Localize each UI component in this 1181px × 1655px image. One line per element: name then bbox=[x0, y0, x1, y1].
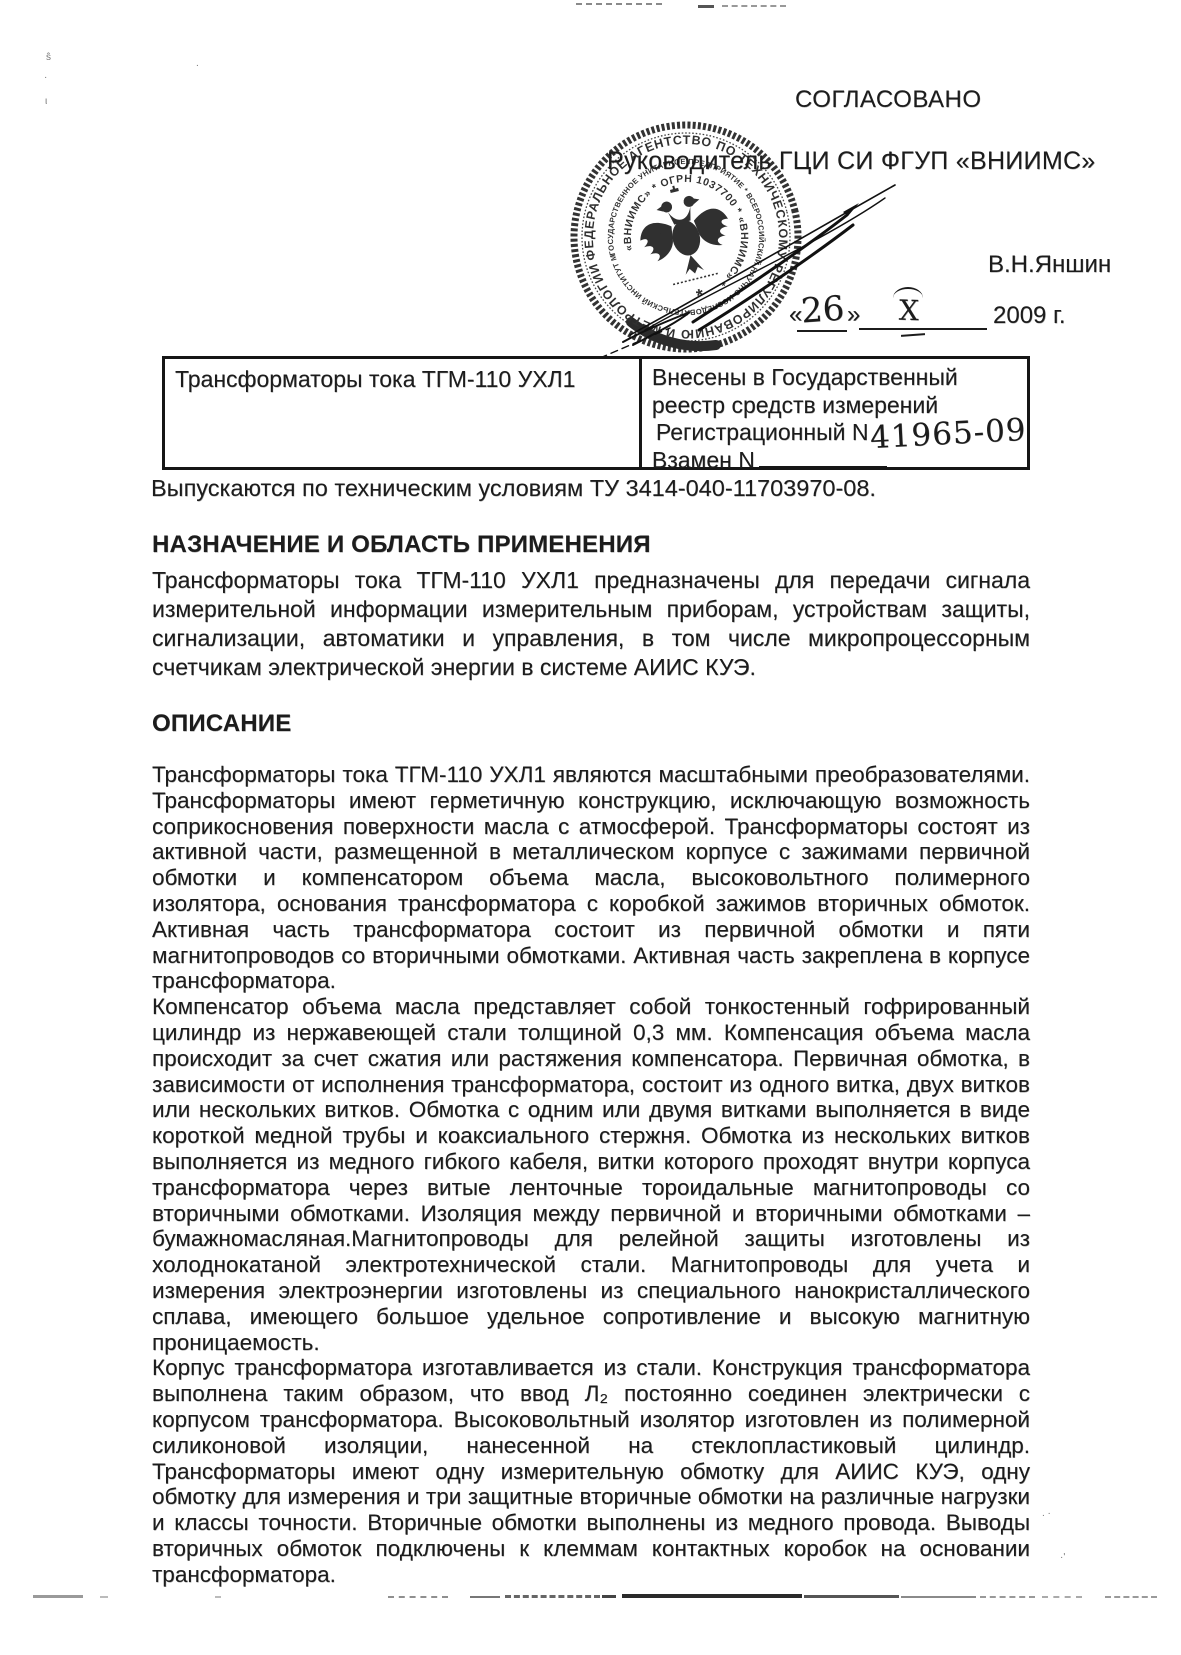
scan-artifact: ·' bbox=[1060, 1552, 1065, 1563]
date-month-underdash bbox=[901, 333, 925, 337]
scan-artifact bbox=[388, 1596, 448, 1598]
scan-artifact bbox=[1042, 1596, 1082, 1598]
scan-artifact bbox=[33, 1595, 83, 1598]
scan-artifact bbox=[622, 1594, 802, 1598]
scan-artifact bbox=[100, 1596, 108, 1598]
scan-artifact: ι bbox=[45, 96, 47, 107]
date-year: 2009 г. bbox=[993, 302, 1066, 330]
scan-artifact bbox=[1105, 1596, 1157, 1598]
scan-artifact: · bbox=[44, 72, 47, 83]
scan-artifact bbox=[804, 1595, 899, 1598]
registry-line-3: Регистрационный N41965-09 bbox=[652, 419, 1027, 447]
date-day-handwritten: 26 bbox=[800, 289, 846, 332]
section-description-body: Трансформаторы тока ТГМ-110 УХЛ1 являютс… bbox=[152, 762, 1030, 1588]
paragraph: Компенсатор объема масла представляет со… bbox=[152, 994, 1030, 1355]
date-month-handwritten: X bbox=[898, 294, 919, 328]
technical-conditions-line: Выпускаются по техническим условиям ТУ 3… bbox=[151, 475, 876, 502]
registry-cell: Внесены в Государственный реестр средств… bbox=[639, 359, 1027, 467]
scan-artifact bbox=[505, 1595, 600, 1598]
scan-artifact bbox=[980, 1596, 1035, 1598]
approver-name: В.Н.Яншин bbox=[988, 251, 1111, 279]
scan-artifact bbox=[722, 5, 786, 7]
date-month-underline bbox=[859, 328, 987, 330]
registration-label: Регистрационный N bbox=[656, 419, 869, 445]
paragraph: Трансформаторы тока ТГМ-110 УХЛ1 предназ… bbox=[152, 566, 1030, 682]
header-table: Трансформаторы тока ТГМ-110 УХЛ1 Внесены… bbox=[162, 356, 1030, 470]
approval-status: СОГЛАСОВАНО bbox=[795, 86, 982, 114]
section-heading-purpose: НАЗНАЧЕНИЕ И ОБЛАСТЬ ПРИМЕНЕНИЯ bbox=[152, 531, 651, 559]
approval-date: « 26 » X 2009 г. bbox=[789, 300, 1089, 345]
section-heading-description: ОПИСАНИЕ bbox=[152, 710, 291, 738]
replaces-label: Взамен N bbox=[652, 447, 755, 473]
device-name-cell: Трансформаторы тока ТГМ-110 УХЛ1 bbox=[165, 359, 639, 467]
scan-artifact bbox=[602, 1595, 616, 1598]
paragraph: Трансформаторы тока ТГМ-110 УХЛ1 являютс… bbox=[152, 762, 1030, 994]
date-close-quote: » bbox=[847, 301, 860, 329]
paragraph: Корпус трансформатора изготавливается из… bbox=[152, 1355, 1030, 1587]
section-purpose-body: Трансформаторы тока ТГМ-110 УХЛ1 предназ… bbox=[152, 566, 1030, 682]
date-month-overline bbox=[893, 287, 923, 298]
scan-artifact bbox=[698, 5, 714, 8]
replaces-blank-underline bbox=[759, 447, 887, 468]
scan-artifact bbox=[470, 1596, 500, 1598]
date-day-underline bbox=[797, 330, 847, 332]
scan-artifact: . · bbox=[1042, 1508, 1051, 1519]
scan-artifact: . bbox=[196, 58, 199, 69]
scanned-document-page: ŝ · ι . СОГЛАСОВАНО Руководитель ГЦИ СИ … bbox=[0, 0, 1181, 1655]
scan-artifact: ŝ bbox=[46, 52, 51, 63]
scan-artifact bbox=[901, 1596, 976, 1598]
registration-number-handwritten: 41965-09 bbox=[870, 420, 1027, 448]
registry-line-1: Внесены в Государственный bbox=[652, 364, 1027, 392]
scan-artifact bbox=[215, 1596, 221, 1598]
scan-artifact bbox=[576, 3, 662, 5]
